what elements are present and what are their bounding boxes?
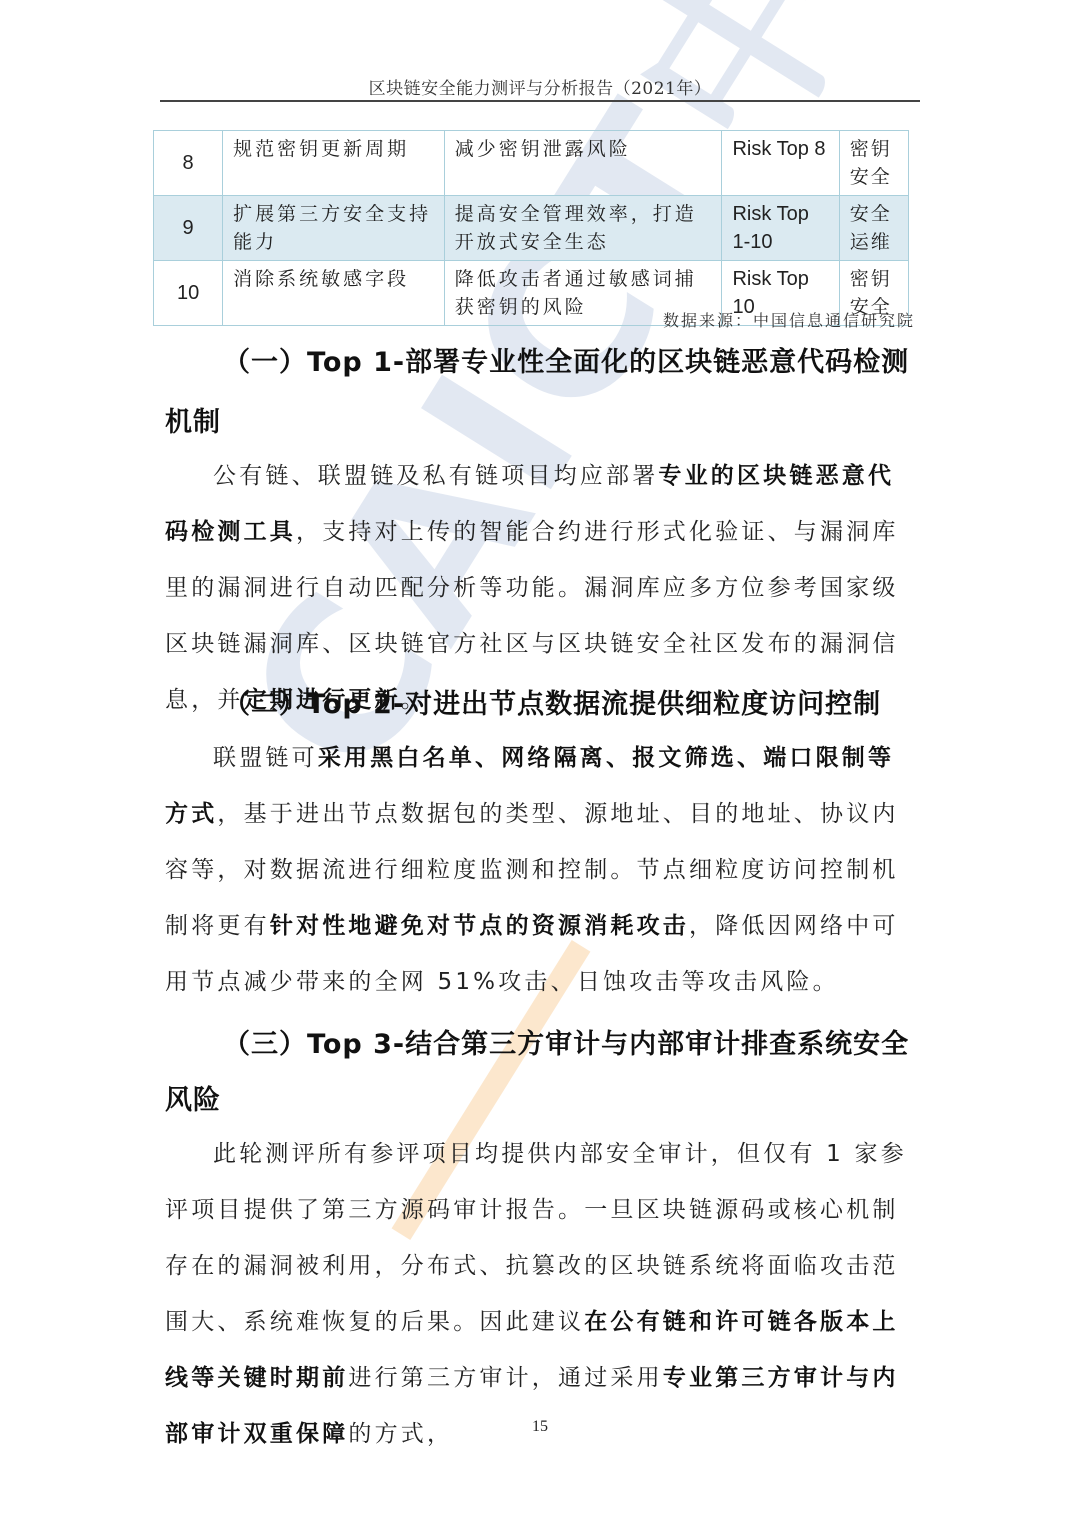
cell-no: 10 [154,261,223,326]
table-source-note: 数据来源：中国信息通信研究院 [663,308,915,331]
section-heading-1: （一）Top 1-部署专业性全面化的区块链恶意代码检测 [165,340,920,379]
section-paragraph-3: 此轮测评所有参评项目均提供内部安全审计，但仅有 1 家参评项目提供了第三方源码审… [165,1126,920,1462]
section-heading-2: （二）Top 2-对进出节点数据流提供细粒度访问控制 [165,682,920,721]
cell-no: 8 [154,131,223,196]
running-header: 区块链安全能力测评与分析报告（2021年） [160,74,920,99]
cell-measure: 扩展第三方安全支持能力 [223,196,445,261]
section-heading-1-cont: 机制 [165,400,920,439]
cell-risk: Risk Top 1-10 [722,196,839,261]
cell-no: 9 [154,196,223,261]
header-divider [160,100,920,102]
cell-category: 密钥安全 [839,131,908,196]
risk-measures-table: 8 规范密钥更新周期 减少密钥泄露风险 Risk Top 8 密钥安全 9 扩展… [153,130,909,326]
cell-effect: 提高安全管理效率，打造开放式安全生态 [444,196,722,261]
cell-category: 安全运维 [839,196,908,261]
cell-effect: 减少密钥泄露风险 [444,131,722,196]
table-row: 8 规范密钥更新周期 减少密钥泄露风险 Risk Top 8 密钥安全 [154,131,909,196]
cell-measure: 规范密钥更新周期 [223,131,445,196]
section-paragraph-2: 联盟链可采用黑白名单、网络隔离、报文筛选、端口限制等方式，基于进出节点数据包的类… [165,730,920,1010]
cell-risk: Risk Top 8 [722,131,839,196]
table-row: 9 扩展第三方安全支持能力 提高安全管理效率，打造开放式安全生态 Risk To… [154,196,909,261]
page-number: 15 [0,1418,1080,1436]
section-heading-3-cont: 风险 [165,1078,920,1117]
section-heading-3: （三）Top 3-结合第三方审计与内部审计排查系统安全 [165,1022,920,1061]
cell-measure: 消除系统敏感字段 [223,261,445,326]
